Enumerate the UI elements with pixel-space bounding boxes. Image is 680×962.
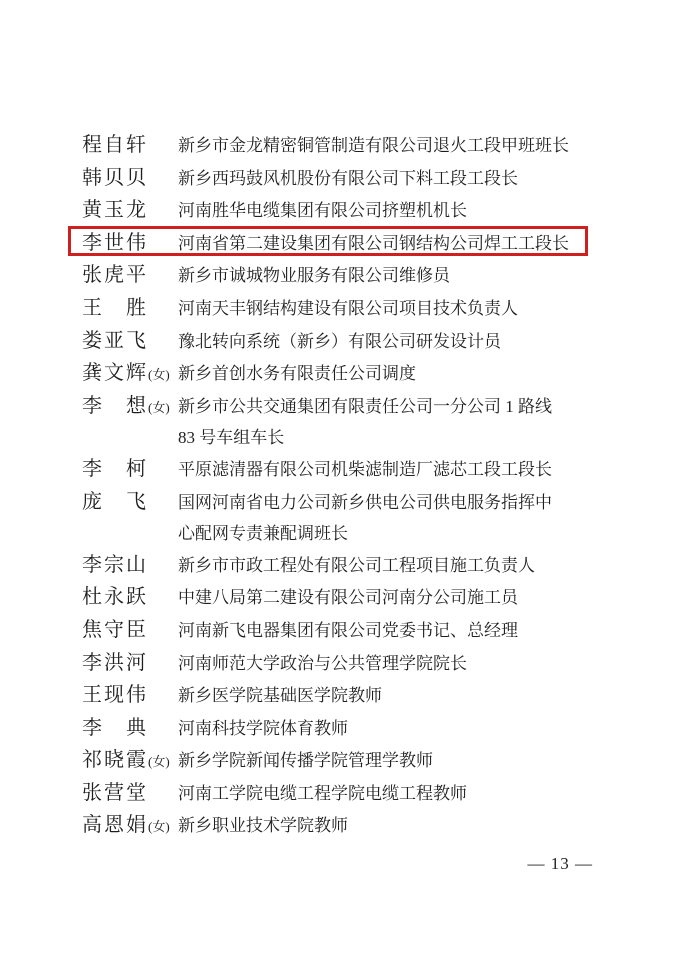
person-title-line: 新乡市诚城物业服务有限公司维修员 xyxy=(178,260,602,292)
person-title: 新乡西玛鼓风机股份有限公司下料工段工段长 xyxy=(178,163,602,195)
list-item: 李 柯 平原滤清器有限公司机柴滤制造厂滤芯工段工段长 xyxy=(82,454,602,487)
person-name: 李洪河 xyxy=(82,652,148,674)
person-title-line: 河南科技学院体育教师 xyxy=(178,713,602,745)
person-name: 杜永跃 xyxy=(82,586,148,608)
person-name-cell: 李 柯 xyxy=(82,454,178,487)
list-item: 李洪河 河南师范大学政治与公共管理学院院长 xyxy=(82,648,602,681)
person-name: 李 柯 xyxy=(82,458,148,480)
person-name-cell: 龚文辉(女) xyxy=(82,358,178,391)
person-name: 张营堂 xyxy=(82,782,148,804)
person-title-line: 新乡市市政工程处有限公司工程项目施工负责人 xyxy=(178,550,602,582)
person-title: 新乡市金龙精密铜管制造有限公司退火工段甲班班长 xyxy=(178,130,602,162)
person-title: 河南科技学院体育教师 xyxy=(178,713,602,745)
gender-annotation: (女) xyxy=(148,819,170,834)
person-name-cell: 庞 飞 xyxy=(82,487,178,520)
list-item-highlighted: 李世伟 河南省第二建设集团有限公司钢结构公司焊工工段长 xyxy=(82,228,602,261)
list-item: 焦守臣 河南新飞电器集团有限公司党委书记、总经理 xyxy=(82,615,602,648)
person-title: 平原滤清器有限公司机柴滤制造厂滤芯工段工段长 xyxy=(178,454,602,486)
person-title: 河南师范大学政治与公共管理学院院长 xyxy=(178,648,602,680)
person-name: 李 典 xyxy=(82,717,148,739)
person-title: 豫北转向系统（新乡）有限公司研发设计员 xyxy=(178,326,602,358)
list-item: 王现伟 新乡医学院基础医学院教师 xyxy=(82,680,602,713)
person-name: 韩贝贝 xyxy=(82,167,148,189)
person-name: 李 想 xyxy=(82,395,148,417)
person-name-cell: 焦守臣 xyxy=(82,615,178,648)
person-title: 新乡职业技术学院教师 xyxy=(178,810,602,842)
list-item: 韩贝贝 新乡西玛鼓风机股份有限公司下料工段工段长 xyxy=(82,163,602,196)
person-title-line: 新乡医学院基础医学院教师 xyxy=(178,680,602,712)
person-name: 高恩娟 xyxy=(82,814,148,836)
list-item: 李宗山 新乡市市政工程处有限公司工程项目施工负责人 xyxy=(82,550,602,583)
gender-annotation: (女) xyxy=(148,754,170,769)
person-name-cell: 高恩娟(女) xyxy=(82,810,178,843)
person-name-cell: 程自轩 xyxy=(82,130,178,163)
person-title-line: 豫北转向系统（新乡）有限公司研发设计员 xyxy=(178,326,602,358)
person-title: 新乡学院新闻传播学院管理学教师 xyxy=(178,745,602,777)
person-name: 庞 飞 xyxy=(82,491,148,513)
person-title-line: 河南胜华电缆集团有限公司挤塑机机长 xyxy=(178,195,602,227)
person-name-cell: 祁晓霞(女) xyxy=(82,745,178,778)
person-name-cell: 黄玉龙 xyxy=(82,195,178,228)
person-title-line: 平原滤清器有限公司机柴滤制造厂滤芯工段工段长 xyxy=(178,454,602,486)
person-name: 娄亚飞 xyxy=(82,330,148,352)
person-name-cell: 王现伟 xyxy=(82,680,178,713)
person-title: 新乡市公共交通集团有限责任公司一分公司 1 路线83 号车组车长 xyxy=(178,391,602,454)
person-title: 河南天丰钢结构建设有限公司项目技术负责人 xyxy=(178,293,602,325)
person-title: 新乡市诚城物业服务有限公司维修员 xyxy=(178,260,602,292)
list-item: 龚文辉(女) 新乡首创水务有限责任公司调度 xyxy=(82,358,602,391)
person-title-line: 河南新飞电器集团有限公司党委书记、总经理 xyxy=(178,615,602,647)
list-item: 程自轩 新乡市金龙精密铜管制造有限公司退火工段甲班班长 xyxy=(82,130,602,163)
person-name-cell: 张营堂 xyxy=(82,778,178,811)
person-title: 新乡市市政工程处有限公司工程项目施工负责人 xyxy=(178,550,602,582)
person-name: 焦守臣 xyxy=(82,619,148,641)
list-item: 娄亚飞 豫北转向系统（新乡）有限公司研发设计员 xyxy=(82,326,602,359)
person-name: 王现伟 xyxy=(82,684,148,706)
person-title-line: 河南工学院电缆工程学院电缆工程教师 xyxy=(178,778,602,810)
person-title: 中建八局第二建设有限公司河南分公司施工员 xyxy=(178,582,602,614)
list-item: 黄玉龙 河南胜华电缆集团有限公司挤塑机机长 xyxy=(82,195,602,228)
person-title-line: 国网河南省电力公司新乡供电公司供电服务指挥中 xyxy=(178,487,602,519)
person-name: 龚文辉 xyxy=(82,362,148,384)
list-item: 李 想(女) 新乡市公共交通集团有限责任公司一分公司 1 路线83 号车组车长 xyxy=(82,391,602,454)
person-name-cell: 杜永跃 xyxy=(82,582,178,615)
person-name: 程自轩 xyxy=(82,134,148,156)
list-item: 张虎平 新乡市诚城物业服务有限公司维修员 xyxy=(82,260,602,293)
person-title-line: 新乡市公共交通集团有限责任公司一分公司 1 路线 xyxy=(178,391,602,423)
person-title-line: 河南师范大学政治与公共管理学院院长 xyxy=(178,648,602,680)
person-title: 河南胜华电缆集团有限公司挤塑机机长 xyxy=(178,195,602,227)
person-title-line: 心配网专责兼配调班长 xyxy=(178,518,602,550)
person-title-line: 新乡西玛鼓风机股份有限公司下料工段工段长 xyxy=(178,163,602,195)
person-title-line: 新乡职业技术学院教师 xyxy=(178,810,602,842)
person-name-cell: 李 想(女) xyxy=(82,391,178,424)
person-name: 王 胜 xyxy=(82,297,148,319)
person-title-line: 河南天丰钢结构建设有限公司项目技术负责人 xyxy=(178,293,602,325)
person-name-cell: 李洪河 xyxy=(82,648,178,681)
person-name-cell: 王 胜 xyxy=(82,293,178,326)
document-page: 程自轩 新乡市金龙精密铜管制造有限公司退火工段甲班班长 韩贝贝 新乡西玛鼓风机股… xyxy=(0,0,680,962)
list-item: 李 典 河南科技学院体育教师 xyxy=(82,713,602,746)
person-name-cell: 娄亚飞 xyxy=(82,326,178,359)
person-name-cell: 李宗山 xyxy=(82,550,178,583)
person-name: 李宗山 xyxy=(82,554,148,576)
person-title: 河南工学院电缆工程学院电缆工程教师 xyxy=(178,778,602,810)
page-number: — 13 — xyxy=(528,854,594,874)
person-title: 国网河南省电力公司新乡供电公司供电服务指挥中心配网专责兼配调班长 xyxy=(178,487,602,550)
list-item: 高恩娟(女) 新乡职业技术学院教师 xyxy=(82,810,602,843)
list-item: 庞 飞 国网河南省电力公司新乡供电公司供电服务指挥中心配网专责兼配调班长 xyxy=(82,487,602,550)
person-name-cell: 李 典 xyxy=(82,713,178,746)
award-recipient-list: 程自轩 新乡市金龙精密铜管制造有限公司退火工段甲班班长 韩贝贝 新乡西玛鼓风机股… xyxy=(82,130,602,843)
person-name: 李世伟 xyxy=(82,232,148,254)
gender-annotation: (女) xyxy=(148,367,170,382)
person-title-line: 新乡学院新闻传播学院管理学教师 xyxy=(178,745,602,777)
person-title: 河南新飞电器集团有限公司党委书记、总经理 xyxy=(178,615,602,647)
list-item: 杜永跃 中建八局第二建设有限公司河南分公司施工员 xyxy=(82,582,602,615)
list-item: 王 胜 河南天丰钢结构建设有限公司项目技术负责人 xyxy=(82,293,602,326)
person-title: 河南省第二建设集团有限公司钢结构公司焊工工段长 xyxy=(178,228,602,260)
person-name-cell: 韩贝贝 xyxy=(82,163,178,196)
person-title-line: 中建八局第二建设有限公司河南分公司施工员 xyxy=(178,582,602,614)
person-title: 新乡医学院基础医学院教师 xyxy=(178,680,602,712)
gender-annotation: (女) xyxy=(148,400,170,415)
person-title-line: 新乡首创水务有限责任公司调度 xyxy=(178,358,602,390)
list-item: 张营堂 河南工学院电缆工程学院电缆工程教师 xyxy=(82,778,602,811)
person-name-cell: 张虎平 xyxy=(82,260,178,293)
person-title-line: 新乡市金龙精密铜管制造有限公司退火工段甲班班长 xyxy=(178,130,602,162)
person-name-cell: 李世伟 xyxy=(82,228,178,261)
person-name: 祁晓霞 xyxy=(82,749,148,771)
list-item: 祁晓霞(女) 新乡学院新闻传播学院管理学教师 xyxy=(82,745,602,778)
person-title-line: 河南省第二建设集团有限公司钢结构公司焊工工段长 xyxy=(178,228,602,260)
person-title-line: 83 号车组车长 xyxy=(178,422,602,454)
person-name: 黄玉龙 xyxy=(82,199,148,221)
person-title: 新乡首创水务有限责任公司调度 xyxy=(178,358,602,390)
person-name: 张虎平 xyxy=(82,264,148,286)
